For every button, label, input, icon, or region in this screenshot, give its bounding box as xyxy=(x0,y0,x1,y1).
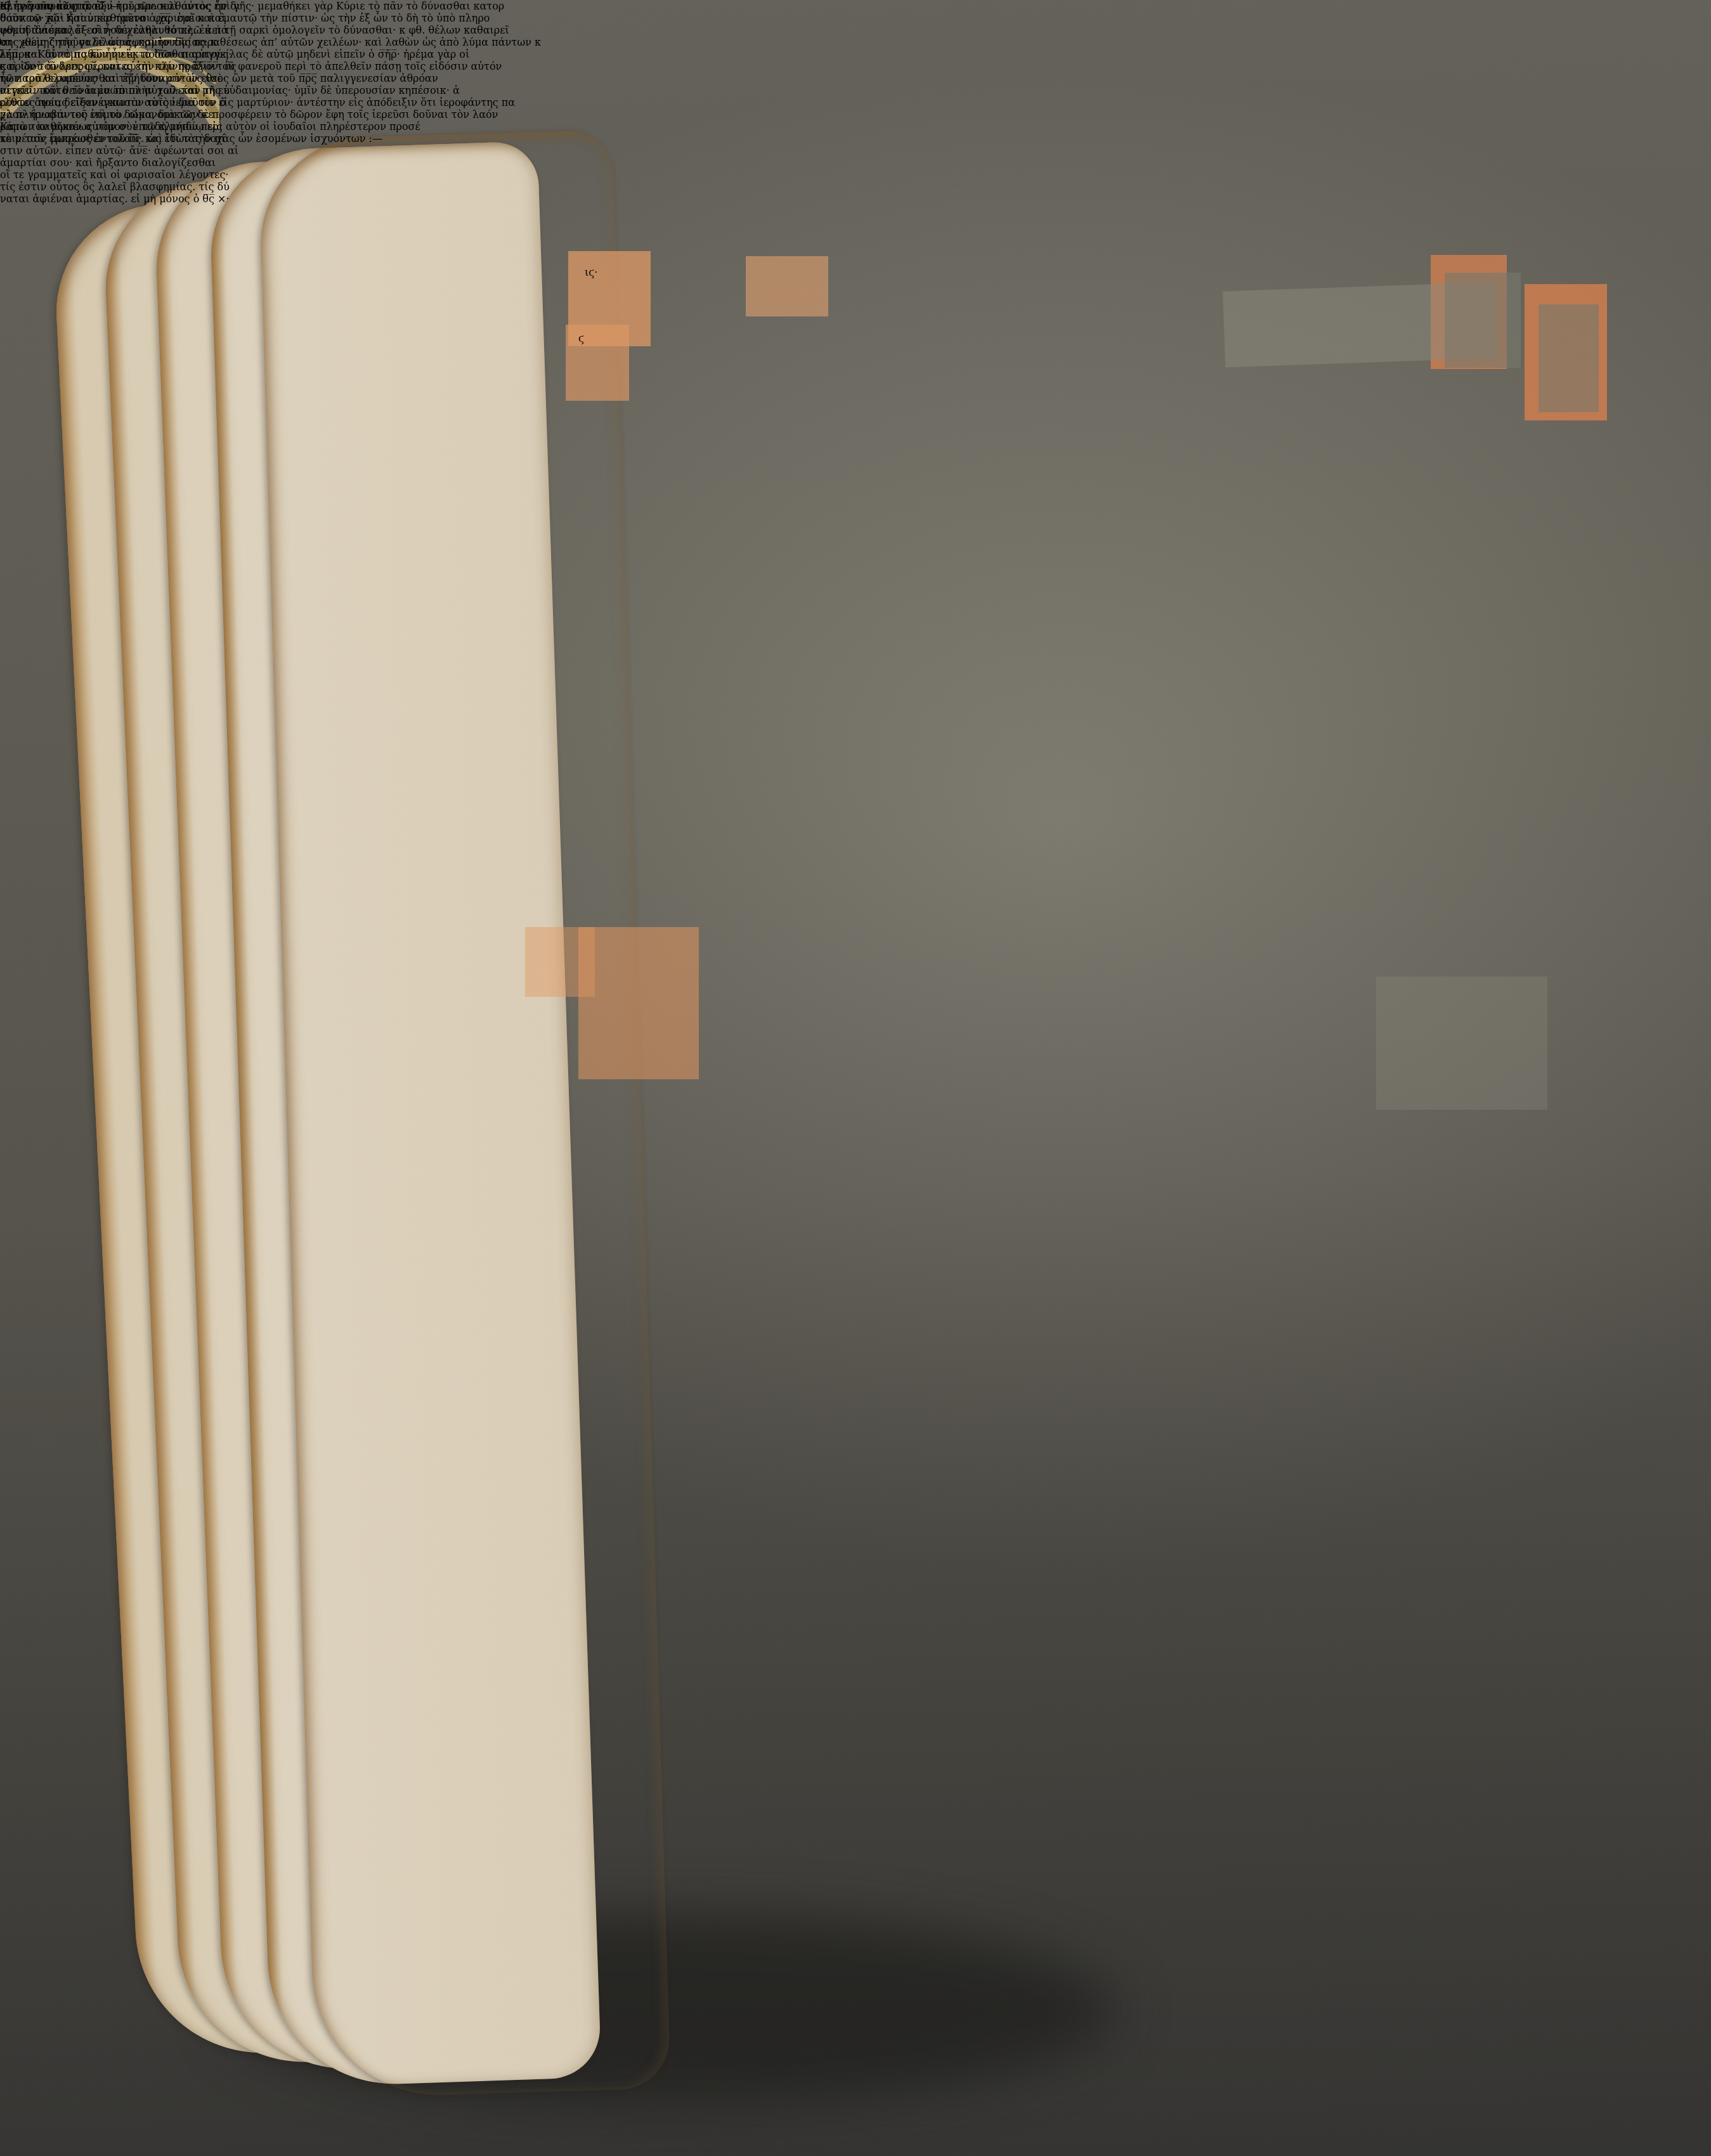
gospel-line: τὸ μέσον ἔμπροσθεν τοῦ ἰ̅ῦ̅· καὶ ἰδὼν τὴ… xyxy=(0,133,240,145)
margin-flourish: ϛ xyxy=(578,332,584,344)
wormhole xyxy=(251,1963,268,1974)
gospel-line: ρόντες ποίας εἰσενέγκωσιν αὐτὸν διὰ τὸν … xyxy=(0,96,240,108)
gospel-line: ράμων καθῆκαν αὐτὸν σὺν τῷ κλινιδίῳ εἰς xyxy=(0,120,240,133)
gospel-text-block: αὶ ἐγένετο ἐν μιᾷ τῶν ἡμερῶν. καὶ αὐτὸς … xyxy=(0,0,240,205)
ink-corrosion-halo xyxy=(566,325,629,401)
ink-corrosion-halo xyxy=(578,927,699,1079)
gospel-line: αὶ ἐγένετο ἐν μιᾷ τῶν ἡμερῶν. καὶ αὐτὸς … xyxy=(0,0,240,12)
ink-offset-smudge xyxy=(1376,977,1547,1110)
gospel-line: ἁμαρτίαι σου· καὶ ἤρξαντο διαλογίζεσθαι xyxy=(0,157,240,169)
ink-offset-smudge xyxy=(1445,273,1521,368)
gospel-line: καὶ ἰδοὺ ἄνδρες φέροντες ἐπὶ κλίνης ἄν̅ο… xyxy=(0,60,240,72)
gospel-line: ἰλ̅η̅μ̅· καὶ δύναμις κ̅υ̅ ἦν εἰς τὸ ἰᾶσθ… xyxy=(0,48,240,60)
gospel-line: οἵ τε γραμματεῖς καὶ οἱ φαρισαῖοι λέγοντ… xyxy=(0,169,240,181)
gospel-line: δάσκων· καὶ ἦσαν καθήμενοι φαρισαῖοι καὶ xyxy=(0,12,240,24)
gospel-line: νομοδιδάσκαλοι· οἳ ἦσαν ἐληλυθότες. ἐκ π… xyxy=(0,24,240,36)
ink-offset-smudge xyxy=(1539,304,1599,412)
gospel-line: χλον· ἀναβάντες ἐπὶ τὸ δῶμα, διὰ τῶν κε xyxy=(0,108,240,120)
gospel-line: σης κώμης τῆς γαλιλαίας· καὶ ἰουδαίας· κ xyxy=(0,36,240,48)
gospel-line: ἦν παραλελυμένος· καὶ ἐζήτουν αὐτὸν εἰσε xyxy=(0,72,240,84)
gospel-line: ναται ἀφιέναι ἁμαρτίας. εἰ μὴ μόνος ὁ θ̅… xyxy=(0,193,240,205)
ink-corrosion-halo xyxy=(525,927,595,997)
manuscript-photo: ιϛ· ϛ πἐ τοῦ παραλυτικοῦ :— πλὴν γοῦν πῶ… xyxy=(0,0,1711,2156)
margin-chapter-number: ιϛ· xyxy=(585,266,597,278)
gospel-line: νεγκεῖν καὶ θεῖναι ἐνώπιον αὐτοῦ· καὶ μὴ… xyxy=(0,84,240,96)
gospel-line: τίς ἐστιν οὗτος ὃς λαλεῖ βλασφημίας. τίς… xyxy=(0,181,240,193)
page-edge-stack-5 xyxy=(257,129,670,2098)
gospel-line: στιν αὐτῶν. εἶπεν αὐτῷ· ἄν̅ε̅· ἀφέωνταί … xyxy=(0,145,240,157)
ink-corrosion-halo xyxy=(746,256,828,316)
